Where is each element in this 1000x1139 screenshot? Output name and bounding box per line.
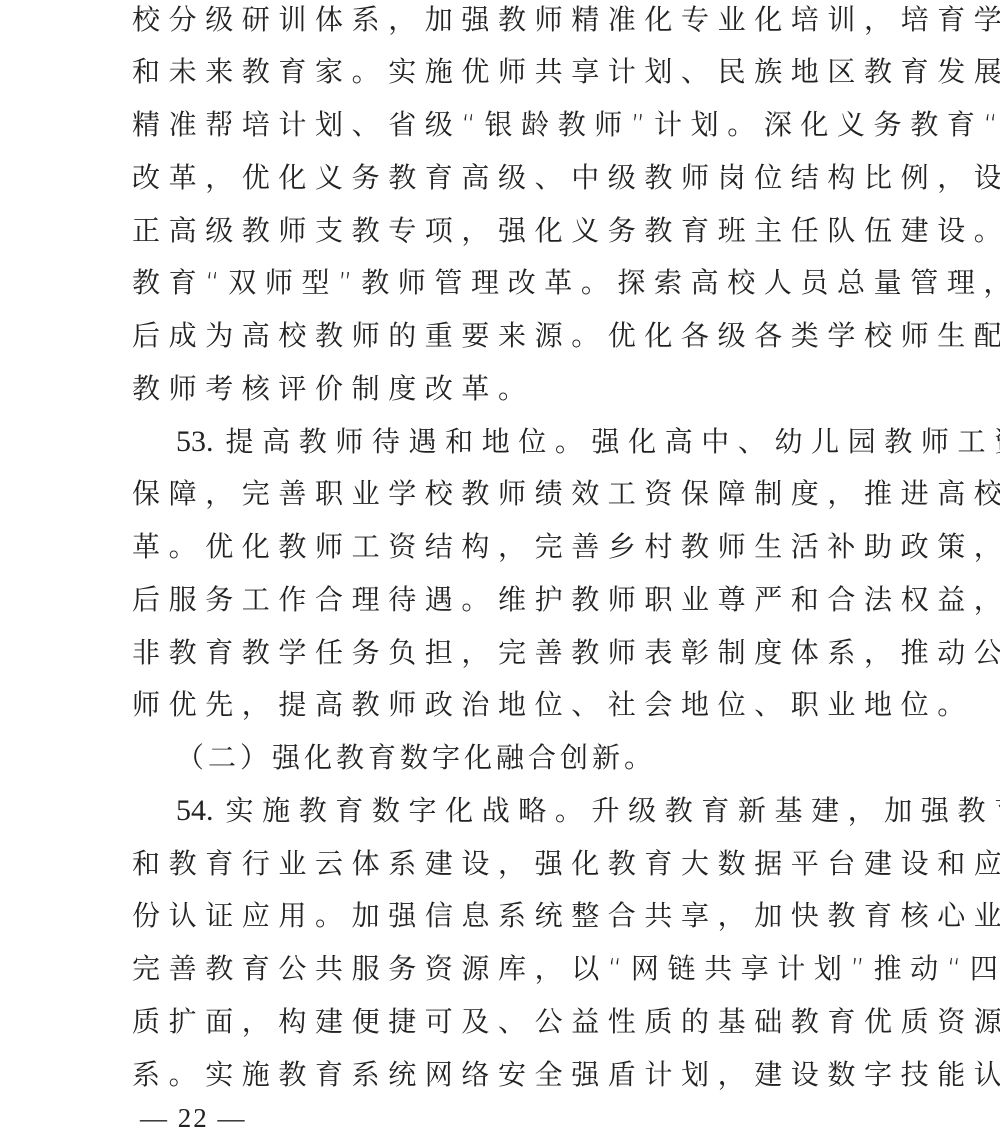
document-page: 校分级研训体系，加强教师精准化专业化培训，培育学科领军人才 和未来教育家。实施优… [0, 0, 1000, 1139]
text-line: 精准帮培计划、省级“银龄教师”计划。深化义务教育“县管校聘” [132, 105, 872, 145]
item-54-first-line: 54.实施教育数字化战略。升级教育新基建，加强教育专网 [176, 791, 916, 831]
section-heading: （二）强化教育数字化融合创新。 [176, 738, 916, 778]
text-line: 和教育行业云体系建设，强化教育大数据平台建设和应用，统一身 [132, 844, 872, 884]
item-53-first-line: 53.提高教师待遇和地位。强化高中、幼儿园教师工资待遇 [176, 422, 916, 462]
text-line: 完善教育公共服务资源库，以“网链共享计划”推动“四川云教”提 [132, 949, 872, 989]
text-line: 校分级研训体系，加强教师精准化专业化培训，培育学科领军人才 [132, 0, 872, 40]
text-line: 教育“双师型”教师管理改革。探索高校人员总量管理，推动博士 [132, 263, 872, 303]
text-line: 份认证应用。加强信息系统整合共享，加快教育核心业务数字化， [132, 896, 872, 936]
text-line: 改革，优化义务教育高级、中级教师岗位结构比例，设置特级教师、 [132, 158, 872, 198]
text-line: 后成为高校教师的重要来源。优化各级各类学校师生配比。深化 [132, 316, 872, 356]
text-line: 非教育教学任务负担，完善教师表彰制度体系，推动公共服务向教 [132, 633, 872, 673]
text-line: 系。实施教育系统网络安全强盾计划，建设数字技能认证体系和 [132, 1055, 872, 1095]
text-line: 后服务工作合理待遇。维护教师职业尊严和合法权益，减轻教师 [132, 580, 872, 620]
item-number: 53. [176, 425, 214, 458]
page-number: — 22 — [140, 1103, 247, 1134]
item-title-text: 实施教育数字化战略。升级教育新基建，加强教育专网 [226, 794, 1000, 827]
text-line: 和未来教育家。实施优师共享计划、民族地区教育发展优秀教师 [132, 52, 872, 92]
text-line: 革。优化教师工资结构，完善乡村教师生活补助政策，保障教师课 [132, 527, 872, 567]
item-number: 54. [176, 794, 214, 827]
text-line: 保障，完善职业学校教师绩效工资保障制度，推进高校薪酬制度改 [132, 474, 872, 514]
text-line: 正高级教师支教专项，强化义务教育班主任队伍建设。推进职业 [132, 211, 872, 251]
text-line: 教师考核评价制度改革。 [132, 369, 872, 409]
text-line: 质扩面，构建便捷可及、公益性质的基础教育优质资源远程共享体 [132, 1002, 872, 1042]
item-title-text: 提高教师待遇和地位。强化高中、幼儿园教师工资待遇 [226, 425, 1000, 458]
text-line: 师优先，提高教师政治地位、社会地位、职业地位。 [132, 685, 872, 725]
